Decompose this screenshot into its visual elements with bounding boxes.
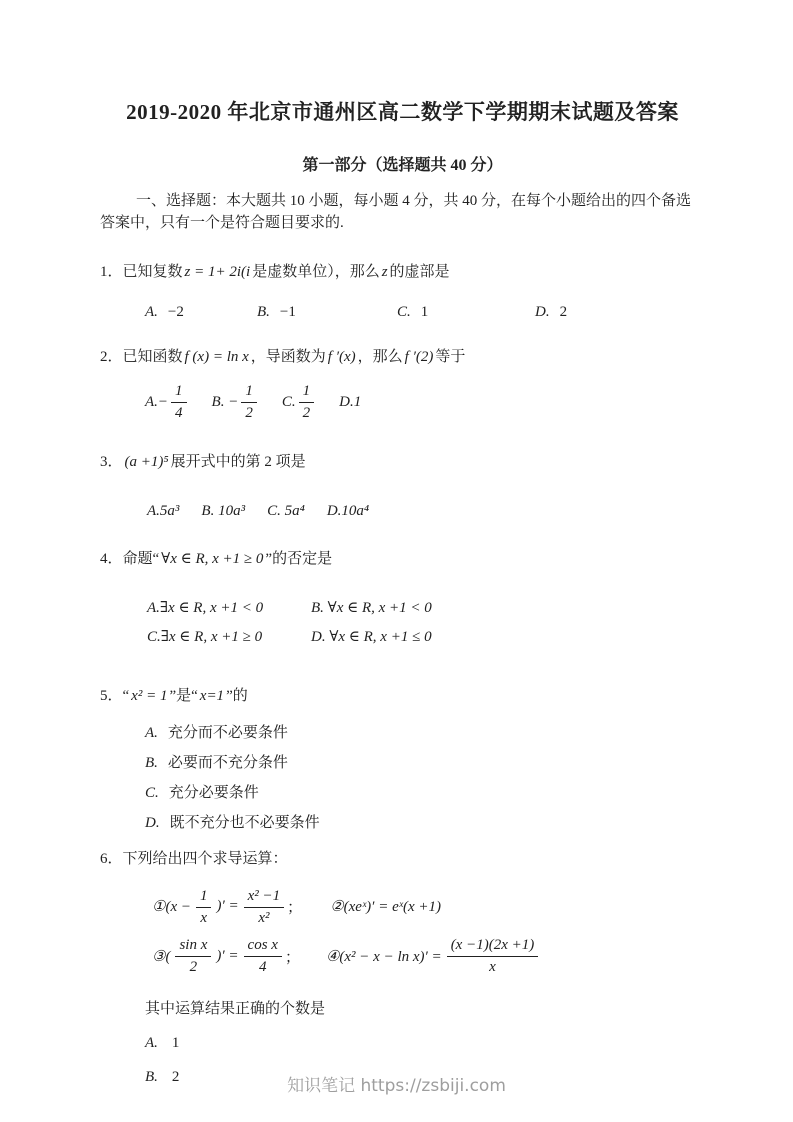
q5-option-b-label: B. bbox=[145, 755, 158, 771]
q6-formula-1: ①(x −1x)′ =x² −1x²； bbox=[150, 887, 302, 928]
q6-f1-part3: ； bbox=[287, 896, 302, 917]
q6-f1-fraction1: 1x bbox=[196, 887, 212, 928]
q5-stem-math1: x² = 1 bbox=[129, 688, 169, 704]
q1-stem-mid: 是虚数单位），那么 bbox=[252, 264, 380, 280]
q6-f4-denominator: x bbox=[447, 957, 539, 976]
q2-stem-math2: f ′(x) bbox=[326, 349, 358, 365]
q6-f3-frac2-denominator: 4 bbox=[244, 957, 282, 976]
q1-option-a-value: −2 bbox=[168, 304, 184, 320]
q2-option-b-fraction: 12 bbox=[241, 382, 257, 423]
question-1-options: A.−2 B.−1 C.1 D.2 bbox=[100, 304, 705, 321]
q2-option-b-label: B. − bbox=[212, 394, 239, 411]
exam-page: 2019-2020 年北京市通州区高二数学下学期期末试题及答案 第一部分（选择题… bbox=[0, 0, 793, 1122]
footer-link[interactable]: 知识笔记 https://zsbiji.com bbox=[287, 1076, 506, 1096]
q5-option-a-label: A. bbox=[145, 725, 158, 741]
question-2: 2．已知函数f (x) = ln x，导函数为f ′(x)，那么f ′(2)等于… bbox=[100, 346, 705, 423]
q6-f3-part3: ； bbox=[285, 946, 300, 967]
q4-stem-tail: ”的否定是 bbox=[265, 551, 332, 567]
q2-option-c: C. 12 bbox=[282, 382, 317, 423]
q6-f1-fraction2: x² −1x² bbox=[244, 887, 285, 928]
part-heading: 第一部分（选择题共 40 分） bbox=[100, 156, 705, 176]
q3-stem-math: (a +1)⁵ bbox=[123, 454, 171, 470]
question-3-stem: 3．(a +1)⁵展开式中的第 2 项是 bbox=[100, 451, 705, 473]
q5-stem-math2: x=1 bbox=[198, 688, 226, 704]
question-5-options: A.充分而不必要条件 B.必要而不充分条件 C.充分必要条件 D.既不充分也不必… bbox=[100, 723, 705, 833]
q2-stem-tail: 等于 bbox=[435, 349, 465, 365]
q6-formula-row-1: ①(x −1x)′ =x² −1x²； ②(xeˣ)′ = eˣ(x +1) bbox=[100, 887, 705, 928]
q6-f1-part2: )′ = bbox=[214, 898, 240, 915]
section-intro: 一、选择题：本大题共 10 小题，每小题 4 分，共 40 分，在每个小题给出的… bbox=[100, 190, 705, 234]
q6-option-a: A.1 bbox=[100, 1033, 705, 1053]
q2-stem-mid2: ，那么 bbox=[358, 349, 403, 365]
q5-option-d-text: 既不充分也不必要条件 bbox=[170, 815, 320, 831]
question-2-stem: 2．已知函数f (x) = ln x，导函数为f ′(x)，那么f ′(2)等于 bbox=[100, 346, 705, 368]
q6-f1-frac2-numerator: x² −1 bbox=[244, 887, 285, 908]
q3-stem-tail: 展开式中的第 2 项是 bbox=[171, 454, 306, 470]
q5-option-d: D.既不充分也不必要条件 bbox=[145, 813, 705, 833]
q4-stem-math: ∀x ∈ R, x +1 ≥ 0 bbox=[159, 551, 265, 567]
q5-option-a-text: 充分而不必要条件 bbox=[168, 725, 288, 741]
q4-option-a: A.∃x ∈ R, x +1 < 0 bbox=[145, 594, 309, 623]
question-6: 6．下列给出四个求导运算： ①(x −1x)′ =x² −1x²； ②(xeˣ)… bbox=[100, 848, 705, 1087]
q2-option-a-fraction: 14 bbox=[171, 382, 187, 423]
q6-formula-4: ④(x² − x − ln x)′ =(x −1)(2x +1)x bbox=[324, 936, 541, 977]
q5-stem-mid: ”是“ bbox=[169, 688, 197, 704]
question-1-stem: 1．已知复数z = 1+ 2i(i是虚数单位），那么z的虚部是 bbox=[100, 261, 705, 283]
q2-option-b-denominator: 2 bbox=[241, 403, 257, 422]
q5-option-d-label: D. bbox=[145, 815, 160, 831]
q2-option-d-label: D.1 bbox=[339, 394, 361, 411]
q3-option-d: D.10a⁴ bbox=[325, 503, 371, 520]
q6-f3-part2: )′ = bbox=[214, 948, 240, 965]
q5-option-b-text: 必要而不充分条件 bbox=[168, 755, 288, 771]
q6-formula-row-2: ③(sin x2)′ =cos x4； ④(x² − x − ln x)′ =(… bbox=[100, 936, 705, 977]
question-4-stem: 4．命题“∀x ∈ R, x +1 ≥ 0”的否定是 bbox=[100, 548, 705, 570]
q2-option-c-fraction: 12 bbox=[299, 382, 315, 423]
q2-option-b: B. − 12 bbox=[212, 382, 260, 423]
q2-stem-pre: 2．已知函数 bbox=[100, 349, 183, 365]
q6-f3-part1: ③( bbox=[150, 947, 172, 966]
question-4-options: A.∃x ∈ R, x +1 < 0 B. ∀x ∈ R, x +1 < 0 C… bbox=[100, 594, 705, 652]
q1-stem-pre: 1．已知复数 bbox=[100, 264, 183, 280]
q5-stem-pre: 5．“ bbox=[100, 688, 129, 704]
question-3-options: A.5a³ B. 10a³ C. 5a⁴ D.10a⁴ bbox=[100, 503, 705, 520]
q6-f3-frac1-denominator: 2 bbox=[175, 957, 211, 976]
q6-f3-frac1-numerator: sin x bbox=[175, 936, 211, 957]
q1-option-b: B.−1 bbox=[257, 304, 397, 321]
site-footer: 知识笔记 https://zsbiji.com bbox=[0, 1071, 793, 1096]
q1-option-d: D.2 bbox=[535, 304, 567, 321]
q6-f4-numerator: (x −1)(2x +1) bbox=[447, 936, 539, 957]
q2-option-a: A.− 14 bbox=[145, 382, 190, 423]
question-5: 5．“x² = 1”是“x=1”的 A.充分而不必要条件 B.必要而不充分条件 … bbox=[100, 685, 705, 833]
q2-option-d: D.1 bbox=[339, 394, 361, 411]
q1-option-c-value: 1 bbox=[421, 304, 429, 320]
q6-f1-frac1-numerator: 1 bbox=[196, 887, 212, 908]
q2-option-a-numerator: 1 bbox=[171, 382, 187, 403]
q3-stem-pre: 3． bbox=[100, 454, 123, 470]
q2-stem-math1: f (x) = ln x bbox=[183, 349, 251, 365]
question-2-options: A.− 14 B. − 12 C. 12 D.1 bbox=[100, 382, 705, 423]
q2-option-c-denominator: 2 bbox=[299, 403, 315, 422]
q6-f1-frac2-denominator: x² bbox=[244, 908, 285, 927]
q1-stem-math2: z bbox=[380, 264, 390, 280]
q1-option-d-value: 2 bbox=[560, 304, 568, 320]
q5-option-c-label: C. bbox=[145, 785, 159, 801]
q1-option-b-value: −1 bbox=[280, 304, 296, 320]
q6-f1-frac1-denominator: x bbox=[196, 908, 212, 927]
q1-option-c-label: C. bbox=[397, 304, 411, 320]
q6-f1-part1: ①(x − bbox=[150, 897, 193, 916]
q2-stem-math3: f ′(2) bbox=[403, 349, 436, 365]
q3-option-c: C. 5a⁴ bbox=[265, 503, 307, 520]
q6-f3-frac2-numerator: cos x bbox=[244, 936, 282, 957]
q6-option-a-label: A. bbox=[145, 1035, 158, 1051]
q1-stem-tail: 的虚部是 bbox=[390, 264, 450, 280]
q3-option-a: A.5a³ bbox=[145, 503, 181, 520]
q4-stem-pre: 4．命题“ bbox=[100, 551, 159, 567]
q4-options-row-2: C.∃x ∈ R, x +1 ≥ 0 D. ∀x ∈ R, x +1 ≤ 0 bbox=[145, 623, 705, 652]
q5-option-c: C.充分必要条件 bbox=[145, 783, 705, 803]
q5-option-b: B.必要而不充分条件 bbox=[145, 753, 705, 773]
q2-option-c-numerator: 1 bbox=[299, 382, 315, 403]
q2-option-a-label: A.− bbox=[145, 394, 168, 411]
question-5-stem: 5．“x² = 1”是“x=1”的 bbox=[100, 685, 705, 707]
q6-formula-2: ②(xeˣ)′ = eˣ(x +1) bbox=[328, 897, 443, 916]
q1-stem-math1: z = 1+ 2i(i bbox=[183, 264, 253, 280]
q4-options-row-1: A.∃x ∈ R, x +1 < 0 B. ∀x ∈ R, x +1 < 0 bbox=[145, 594, 705, 623]
q4-option-c: C.∃x ∈ R, x +1 ≥ 0 bbox=[145, 623, 309, 652]
q1-option-b-label: B. bbox=[257, 304, 270, 320]
q3-option-b: B. 10a³ bbox=[199, 503, 247, 520]
q6-formula-3: ③(sin x2)′ =cos x4； bbox=[150, 936, 300, 977]
q4-option-b: B. ∀x ∈ R, x +1 < 0 bbox=[309, 594, 434, 623]
question-6-stem: 6．下列给出四个求导运算： bbox=[100, 848, 705, 870]
q5-option-c-text: 充分必要条件 bbox=[169, 785, 259, 801]
q6-f3-fraction1: sin x2 bbox=[175, 936, 211, 977]
q1-option-d-label: D. bbox=[535, 304, 550, 320]
q5-option-a: A.充分而不必要条件 bbox=[145, 723, 705, 743]
q2-option-c-label: C. bbox=[282, 394, 296, 411]
q6-f4-part1: ④(x² − x − ln x)′ = bbox=[324, 947, 444, 966]
q1-option-a-label: A. bbox=[145, 304, 158, 320]
question-1: 1．已知复数z = 1+ 2i(i是虚数单位），那么z的虚部是 A.−2 B.−… bbox=[100, 261, 705, 321]
q2-stem-mid1: ，导函数为 bbox=[251, 349, 326, 365]
q1-option-a: A.−2 bbox=[145, 304, 257, 321]
q1-option-c: C.1 bbox=[397, 304, 535, 321]
question-3: 3．(a +1)⁵展开式中的第 2 项是 A.5a³ B. 10a³ C. 5a… bbox=[100, 451, 705, 520]
question-4: 4．命题“∀x ∈ R, x +1 ≥ 0”的否定是 A.∃x ∈ R, x +… bbox=[100, 548, 705, 652]
q2-option-a-denominator: 4 bbox=[171, 403, 187, 422]
q6-f4-fraction: (x −1)(2x +1)x bbox=[447, 936, 539, 977]
q6-f3-fraction2: cos x4 bbox=[244, 936, 282, 977]
q2-option-b-numerator: 1 bbox=[241, 382, 257, 403]
q6-conclusion: 其中运算结果正确的个数是 bbox=[100, 998, 705, 1020]
q4-option-d: D. ∀x ∈ R, x +1 ≤ 0 bbox=[309, 623, 434, 652]
page-title: 2019-2020 年北京市通州区高二数学下学期期末试题及答案 bbox=[100, 98, 705, 126]
q5-stem-tail: ”的 bbox=[226, 688, 248, 704]
q6-option-a-value: 1 bbox=[172, 1035, 180, 1051]
